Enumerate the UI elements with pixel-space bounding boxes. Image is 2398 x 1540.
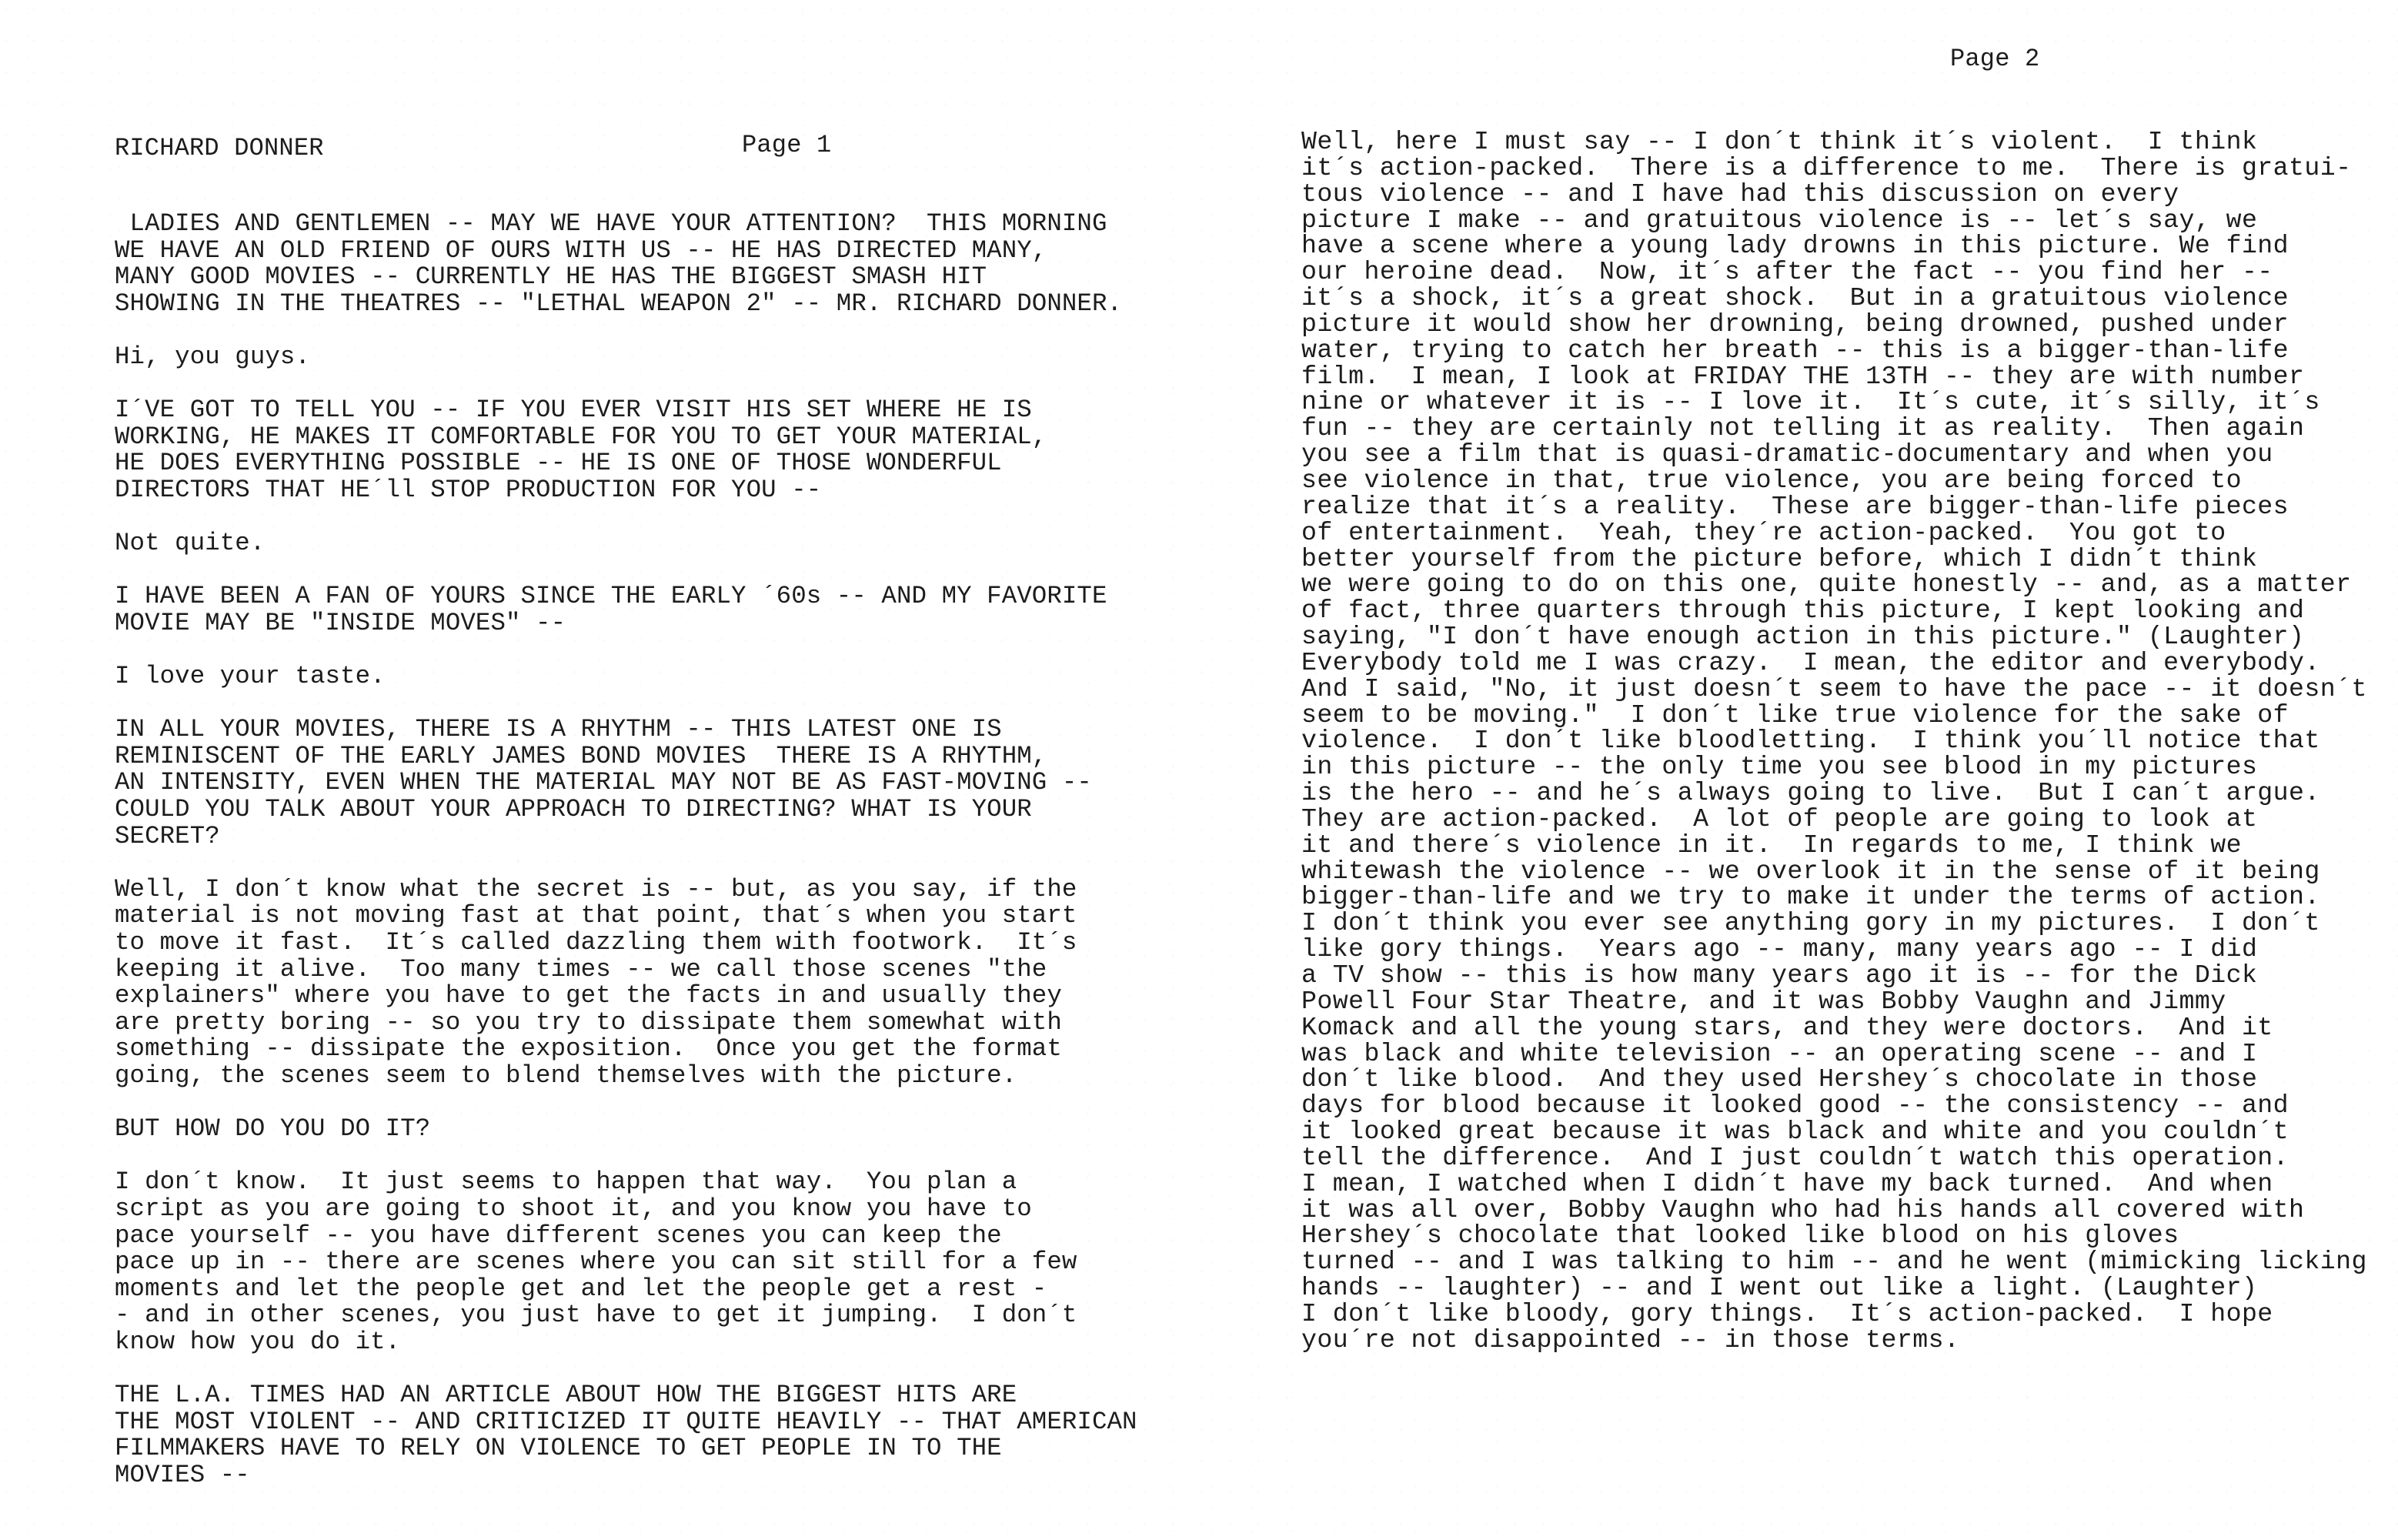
text-line: pace yourself -- you have different scen… xyxy=(115,1223,1137,1250)
text-line: COULD YOU TALK ABOUT YOUR APPROACH TO DI… xyxy=(115,797,1137,823)
text-line: better yourself from the picture before,… xyxy=(1301,546,2367,573)
text-line: REMINISCENT OF THE EARLY JAMES BOND MOVI… xyxy=(115,743,1137,770)
text-line: turned -- and I was talking to him -- an… xyxy=(1301,1249,2367,1275)
text-line: DIRECTORS THAT HE´ll STOP PRODUCTION FOR… xyxy=(115,477,1137,504)
text-line: you´re not disappointed -- in those term… xyxy=(1301,1328,2367,1354)
donner-answer: I don´t know. It just seems to happen th… xyxy=(115,1169,1137,1355)
text-line: SHOWING IN THE THEATRES -- "LETHAL WEAPO… xyxy=(115,291,1137,318)
page-number-1: Page 1 xyxy=(742,132,831,159)
text-line: is the hero -- and he´s always going to … xyxy=(1301,780,2367,807)
text-line: IN ALL YOUR MOVIES, THERE IS A RHYTHM --… xyxy=(115,717,1137,743)
text-line: water, trying to catch her breath -- thi… xyxy=(1301,338,2367,364)
text-line: know how you do it. xyxy=(115,1329,1137,1356)
text-line: MOVIES -- xyxy=(115,1462,1137,1489)
text-line: LADIES AND GENTLEMEN -- MAY WE HAVE YOUR… xyxy=(115,211,1137,238)
text-line: HE DOES EVERYTHING POSSIBLE -- HE IS ONE… xyxy=(115,450,1137,477)
text-line: script as you are going to shoot it, and… xyxy=(115,1196,1137,1223)
text-line: - and in other scenes, you just have to … xyxy=(115,1302,1137,1329)
text-line: And I said, "No, it just doesn´t seem to… xyxy=(1301,676,2367,703)
text-line: violence. I don´t like bloodletting. I t… xyxy=(1301,728,2367,754)
text-line: we were going to do on this one, quite h… xyxy=(1301,572,2367,598)
donner-answer: Well, here I must say -- I don´t think i… xyxy=(1301,129,2367,1354)
text-line: something -- dissipate the exposition. O… xyxy=(115,1036,1137,1063)
text-line: seem to be moving." I don´t like true vi… xyxy=(1301,703,2367,729)
text-line: FILMMAKERS HAVE TO RELY ON VIOLENCE TO G… xyxy=(115,1435,1137,1462)
donner-answer: Not quite. xyxy=(115,530,1137,557)
text-line: tous violence -- and I have had this dis… xyxy=(1301,182,2367,208)
text-line: pace up in -- there are scenes where you… xyxy=(115,1249,1137,1276)
text-line: SECRET? xyxy=(115,823,1137,850)
text-line: moments and let the people get and let t… xyxy=(115,1276,1137,1303)
text-line: was black and white television -- an ope… xyxy=(1301,1041,2367,1067)
text-line: going, the scenes seem to blend themselv… xyxy=(115,1063,1137,1090)
text-line: fun -- they are certainly not telling it… xyxy=(1301,416,2367,442)
text-line: it´s action-packed. There is a differenc… xyxy=(1301,155,2367,182)
interviewer-question: IN ALL YOUR MOVIES, THERE IS A RHYTHM --… xyxy=(115,717,1137,850)
text-line: MANY GOOD MOVIES -- CURRENTLY HE HAS THE… xyxy=(115,264,1137,291)
text-line: see violence in that, true violence, you… xyxy=(1301,468,2367,494)
text-line: THE MOST VIOLENT -- AND CRITICIZED IT QU… xyxy=(115,1409,1137,1436)
page-1-body: LADIES AND GENTLEMEN -- MAY WE HAVE YOUR… xyxy=(115,211,1137,1515)
text-line: like gory things. Years ago -- many, man… xyxy=(1301,937,2367,963)
text-line: AN INTENSITY, EVEN WHEN THE MATERIAL MAY… xyxy=(115,770,1137,797)
text-line: Powell Four Star Theatre, and it was Bob… xyxy=(1301,989,2367,1015)
text-line: in this picture -- the only time you see… xyxy=(1301,754,2367,780)
text-line: it looked great because it was black and… xyxy=(1301,1119,2367,1145)
text-line: don´t like blood. And they used Hershey´… xyxy=(1301,1067,2367,1093)
text-line: Well, I don´t know what the secret is --… xyxy=(115,877,1137,904)
interviewer-question: THE L.A. TIMES HAD AN ARTICLE ABOUT HOW … xyxy=(115,1382,1137,1488)
text-line: picture it would show her drowning, bein… xyxy=(1301,312,2367,338)
text-line: nine or whatever it is -- I love it. It´… xyxy=(1301,389,2367,416)
donner-answer: Hi, you guys. xyxy=(115,344,1137,371)
text-line: it´s a shock, it´s a great shock. But in… xyxy=(1301,286,2367,312)
text-line: to move it fast. It´s called dazzling th… xyxy=(115,930,1137,957)
text-line: Well, here I must say -- I don´t think i… xyxy=(1301,129,2367,155)
text-line: I love your taste. xyxy=(115,663,1137,690)
text-line: I don´t think you ever see anything gory… xyxy=(1301,910,2367,937)
text-line: it and there´s violence in it. In regard… xyxy=(1301,833,2367,859)
text-line: of entertainment. Yeah, they´re action-p… xyxy=(1301,520,2367,546)
interviewer-question: I´VE GOT TO TELL YOU -- IF YOU EVER VISI… xyxy=(115,397,1137,503)
text-line: I HAVE BEEN A FAN OF YOURS SINCE THE EAR… xyxy=(115,583,1137,610)
text-line: Komack and all the young stars, and they… xyxy=(1301,1015,2367,1041)
text-line: BUT HOW DO YOU DO IT? xyxy=(115,1116,1137,1143)
text-line: WORKING, HE MAKES IT COMFORTABLE FOR YOU… xyxy=(115,424,1137,451)
text-line: film. I mean, I look at FRIDAY THE 13TH … xyxy=(1301,364,2367,390)
interviewer-question: LADIES AND GENTLEMEN -- MAY WE HAVE YOUR… xyxy=(115,211,1137,317)
text-line: I´VE GOT TO TELL YOU -- IF YOU EVER VISI… xyxy=(115,397,1137,424)
text-line: saying, "I don´t have enough action in t… xyxy=(1301,624,2367,650)
transcript-page-1: RICHARD DONNER Page 1 LADIES AND GENTLEM… xyxy=(0,0,1201,1540)
text-line: tell the difference. And I just couldn´t… xyxy=(1301,1145,2367,1171)
text-line: Hi, you guys. xyxy=(115,344,1137,371)
transcript-page-2: Page 2 Well, here I must say -- I don´t … xyxy=(1201,0,2398,1540)
text-line: material is not moving fast at that poin… xyxy=(115,903,1137,930)
text-line: Everybody told me I was crazy. I mean, t… xyxy=(1301,650,2367,676)
text-line: of fact, three quarters through this pic… xyxy=(1301,598,2367,624)
text-line: our heroine dead. Now, it´s after the fa… xyxy=(1301,259,2367,286)
interviewer-question: BUT HOW DO YOU DO IT? xyxy=(115,1116,1137,1143)
page-2-body: Well, here I must say -- I don´t think i… xyxy=(1301,129,2367,1354)
text-line: Hershey´s chocolate that looked like blo… xyxy=(1301,1223,2367,1249)
text-line: WE HAVE AN OLD FRIEND OF OURS WITH US --… xyxy=(115,238,1137,265)
text-line: a TV show -- this is how many years ago … xyxy=(1301,963,2367,989)
text-line: whitewash the violence -- we overlook it… xyxy=(1301,859,2367,885)
text-line: I don´t like bloody, gory things. It´s a… xyxy=(1301,1301,2367,1328)
text-line: Not quite. xyxy=(115,530,1137,557)
text-line: you see a film that is quasi-dramatic-do… xyxy=(1301,442,2367,468)
interviewer-question: I HAVE BEEN A FAN OF YOURS SINCE THE EAR… xyxy=(115,583,1137,636)
text-line: explainers" where you have to get the fa… xyxy=(115,983,1137,1010)
text-line: keeping it alive. Too many times -- we c… xyxy=(115,957,1137,984)
text-line: it was all over, Bobby Vaughn who had hi… xyxy=(1301,1198,2367,1224)
text-line: THE L.A. TIMES HAD AN ARTICLE ABOUT HOW … xyxy=(115,1382,1137,1409)
text-line: days for blood because it looked good --… xyxy=(1301,1093,2367,1119)
text-line: picture I make -- and gratuitous violenc… xyxy=(1301,208,2367,234)
text-line: MOVIE MAY BE "INSIDE MOVES" -- xyxy=(115,610,1137,637)
page-number-2: Page 2 xyxy=(1950,46,2039,72)
text-line: realize that it´s a reality. These are b… xyxy=(1301,494,2367,520)
text-line: I mean, I watched when I didn´t have my … xyxy=(1301,1171,2367,1198)
text-line: They are action-packed. A lot of people … xyxy=(1301,807,2367,833)
donner-answer: I love your taste. xyxy=(115,663,1137,690)
text-line: are pretty boring -- so you try to dissi… xyxy=(115,1010,1137,1037)
text-line: have a scene where a young lady drowns i… xyxy=(1301,233,2367,259)
text-line: I don´t know. It just seems to happen th… xyxy=(115,1169,1137,1196)
text-line: hands -- laughter) -- and I went out lik… xyxy=(1301,1275,2367,1301)
text-line: bigger-than-life and we try to make it u… xyxy=(1301,884,2367,910)
interviewee-name-header: RICHARD DONNER xyxy=(115,135,324,162)
donner-answer: Well, I don´t know what the secret is --… xyxy=(115,877,1137,1090)
